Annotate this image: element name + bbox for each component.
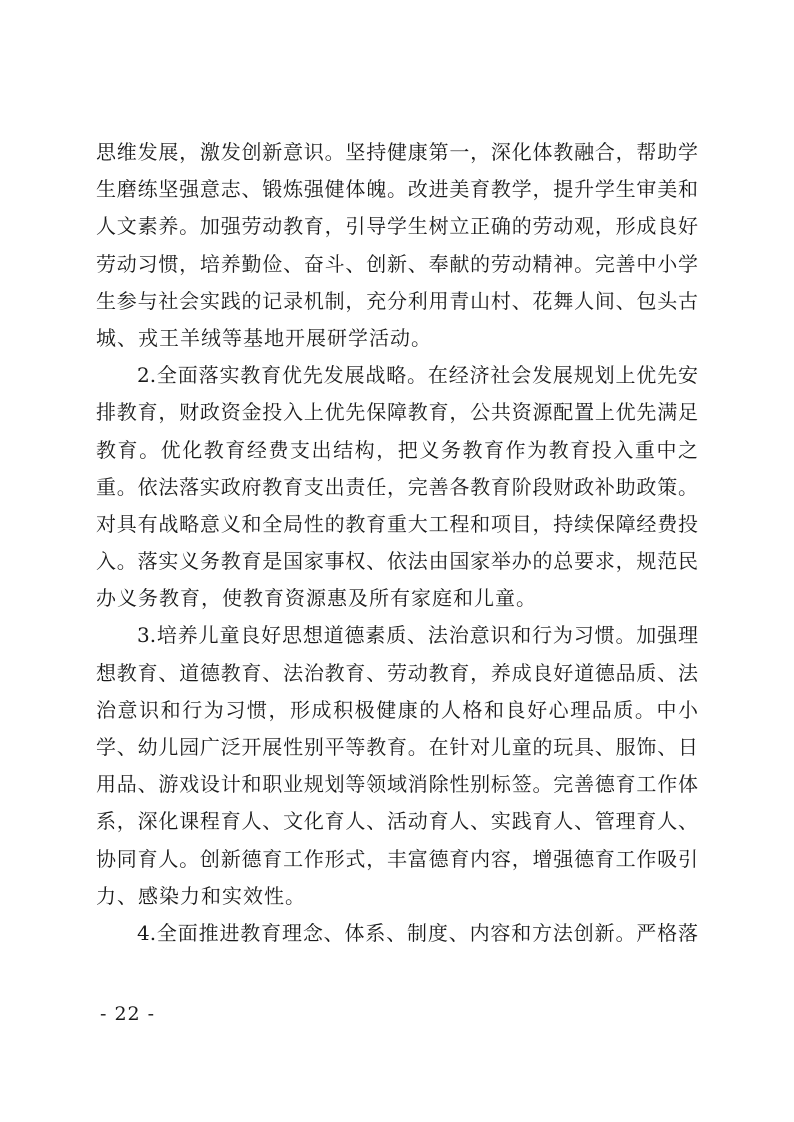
text-line: 生磨练坚强意志、锻炼强健体魄。改进美育教学，提升学生审美和 <box>96 171 698 208</box>
text-line: 生参与社会实践的记录机制，充分利用青山村、花舞人间、包头古 <box>96 283 698 320</box>
text-line: 2.全面落实教育优先发展战略。在经济社会发展规划上优先安 <box>96 357 698 394</box>
text-line: 城、戎王羊绒等基地开展研学活动。 <box>96 320 698 357</box>
text-line: 治意识和行为习惯，形成积极健康的人格和良好心理品质。中小 <box>96 692 698 729</box>
text-line: 劳动习惯，培养勤俭、奋斗、创新、奉献的劳动精神。完善中小学 <box>96 246 698 283</box>
paragraph: 思维发展，激发创新意识。坚持健康第一，深化体教融合，帮助学生磨练坚强意志、锻炼强… <box>96 134 698 357</box>
document-body: 思维发展，激发创新意识。坚持健康第一，深化体教融合，帮助学生磨练坚强意志、锻炼强… <box>96 134 698 952</box>
text-line: 人文素养。加强劳动教育，引导学生树立正确的劳动观，形成良好 <box>96 208 698 245</box>
text-line: 教育。优化教育经费支出结构，把义务教育作为教育投入重中之 <box>96 432 698 469</box>
paragraph: 3.培养儿童良好思想道德素质、法治意识和行为习惯。加强理想教育、道德教育、法治教… <box>96 617 698 915</box>
paragraph: 2.全面落实教育优先发展战略。在经济社会发展规划上优先安排教育，财政资金投入上优… <box>96 357 698 617</box>
page-number: - 22 - <box>100 1003 155 1025</box>
text-line: 3.培养儿童良好思想道德素质、法治意识和行为习惯。加强理 <box>96 617 698 654</box>
text-line: 4.全面推进教育理念、体系、制度、内容和方法创新。严格落 <box>96 915 698 952</box>
text-line: 对具有战略意义和全局性的教育重大工程和项目，持续保障经费投 <box>96 506 698 543</box>
text-line: 思维发展，激发创新意识。坚持健康第一，深化体教融合，帮助学 <box>96 134 698 171</box>
text-line: 办义务教育，使教育资源惠及所有家庭和儿童。 <box>96 580 698 617</box>
text-line: 入。落实义务教育是国家事权、依法由国家举办的总要求，规范民 <box>96 543 698 580</box>
text-line: 力、感染力和实效性。 <box>96 878 698 915</box>
text-line: 排教育，财政资金投入上优先保障教育，公共资源配置上优先满足 <box>96 394 698 431</box>
paragraph: 4.全面推进教育理念、体系、制度、内容和方法创新。严格落 <box>96 915 698 952</box>
text-line: 学、幼儿园广泛开展性别平等教育。在针对儿童的玩具、服饰、日 <box>96 729 698 766</box>
text-line: 重。依法落实政府教育支出责任，完善各教育阶段财政补助政策。 <box>96 469 698 506</box>
document-page: 思维发展，激发创新意识。坚持健康第一，深化体教融合，帮助学生磨练坚强意志、锻炼强… <box>0 0 794 1122</box>
text-line: 协同育人。创新德育工作形式，丰富德育内容，增强德育工作吸引 <box>96 841 698 878</box>
text-line: 想教育、道德教育、法治教育、劳动教育，养成良好道德品质、法 <box>96 655 698 692</box>
text-line: 系，深化课程育人、文化育人、活动育人、实践育人、管理育人、 <box>96 803 698 840</box>
text-line: 用品、游戏设计和职业规划等领域消除性别标签。完善德育工作体 <box>96 766 698 803</box>
